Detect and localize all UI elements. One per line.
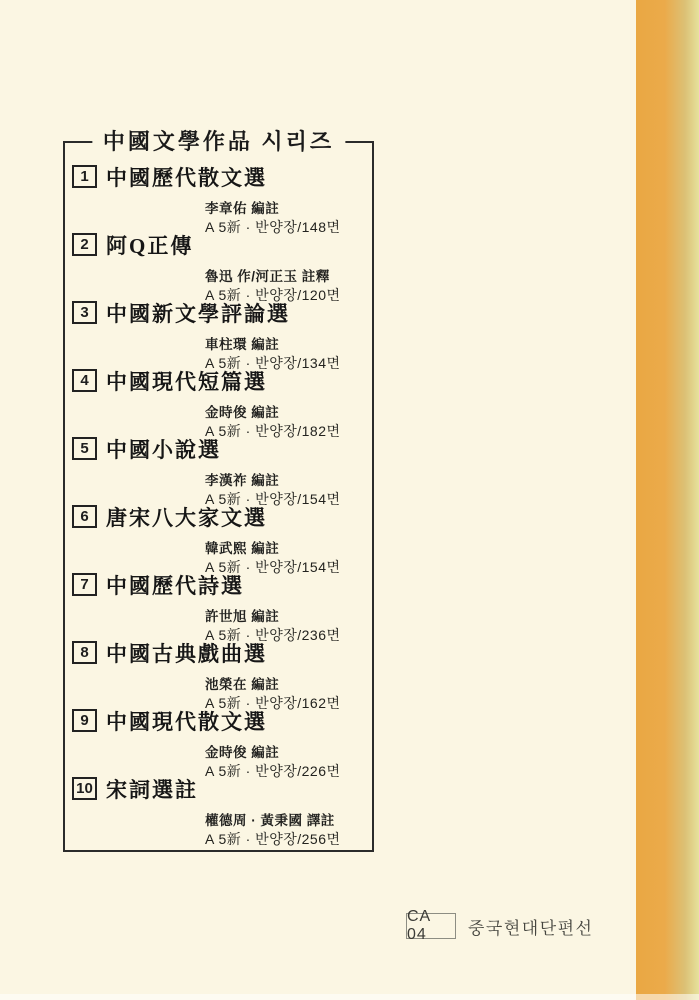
book-title-row: 1 中國歷代散文選 [72,164,364,189]
item-number-badge: 4 [72,369,97,392]
list-item: 10 宋詞選註 權德周 · 黃秉國 譯註 A 5新 · 반양장/256면 [72,776,364,844]
spine-color-stripe [636,0,699,1000]
list-item: 1 中國歷代散文選 李章佑 編註 A 5新 · 반양장/148면 [72,164,364,232]
catalog-label: 중국현대단편선 [468,914,593,939]
series-title: 中國文學作品 시리즈 [92,128,345,156]
book-author: 李漢祚 編註 [205,472,364,490]
book-back-cover: 中國文學作品 시리즈 1 中國歷代散文選 李章佑 編註 A 5新 · 반양장/1… [0,0,699,1000]
item-number-badge: 7 [72,573,97,596]
book-author: 金時俊 編註 [205,744,364,762]
list-item: 5 中國小說選 李漢祚 編註 A 5新 · 반양장/154면 [72,436,364,504]
item-number-badge: 8 [72,641,97,664]
book-author: 金時俊 編註 [205,404,364,422]
list-item: 4 中國現代短篇選 金時俊 編註 A 5新 · 반양장/182면 [72,368,364,436]
list-item: 6 唐宋八大家文選 韓武熙 編註 A 5新 · 반양장/154면 [72,504,364,572]
book-author: 車柱環 編註 [205,336,364,354]
book-author: 權德周 · 黃秉國 譯註 [205,812,364,830]
book-format-pages: A 5新 · 반양장/256면 [205,830,364,849]
book-title: 中國小說選 [106,434,221,464]
book-details: 金時俊 編註 A 5新 · 반양장/226면 [205,744,364,781]
book-title: 中國新文學評論選 [106,298,290,328]
page-bottom-edge [0,994,699,1000]
book-author: 池榮在 編註 [205,676,364,694]
book-author: 李章佑 編註 [205,200,364,218]
book-format-pages: A 5新 · 반양장/226면 [205,762,364,781]
book-title: 阿Q正傳 [106,230,193,260]
series-item-list: 1 中國歷代散文選 李章佑 編註 A 5新 · 반양장/148면 2 阿Q正傳 … [65,143,372,844]
list-item: 7 中國歷代詩選 許世旭 編註 A 5新 · 반양장/236면 [72,572,364,640]
item-number-badge: 6 [72,505,97,528]
book-author: 韓武熙 編註 [205,540,364,558]
item-number-badge: 1 [72,165,97,188]
list-item: 2 阿Q正傳 魯迅 作/河正玉 註釋 A 5新 · 반양장/120면 [72,232,364,300]
book-format-pages: A 5新 · 반양장/182면 [205,422,364,441]
book-details: 金時俊 編註 A 5新 · 반양장/182면 [205,404,364,441]
book-title: 中國歷代詩選 [106,570,244,600]
book-title: 唐宋八大家文選 [106,502,267,532]
list-item: 9 中國現代散文選 金時俊 編註 A 5新 · 반양장/226면 [72,708,364,776]
book-title: 中國現代散文選 [106,706,267,736]
list-item: 3 中國新文學評論選 車柱環 編註 A 5新 · 반양장/134면 [72,300,364,368]
book-format-pages: A 5新 · 반양장/148면 [205,218,364,237]
item-number-badge: 5 [72,437,97,460]
list-item: 8 中國古典戲曲選 池榮在 編註 A 5新 · 반양장/162면 [72,640,364,708]
catalog-code-box: CA 04 [406,913,456,939]
item-number-badge: 10 [72,777,97,800]
catalog-footer: CA 04 중국현대단편선 [406,913,593,939]
book-title: 中國古典戲曲選 [106,638,267,668]
book-author: 魯迅 作/河正玉 註釋 [205,268,364,286]
item-number-badge: 9 [72,709,97,732]
book-details: 權德周 · 黃秉國 譯註 A 5新 · 반양장/256면 [205,812,364,849]
item-number-badge: 2 [72,233,97,256]
book-title: 宋詞選註 [106,774,198,804]
item-number-badge: 3 [72,301,97,324]
book-title: 中國現代短篇選 [106,366,267,396]
series-list-box: 中國文學作品 시리즈 1 中國歷代散文選 李章佑 編註 A 5新 · 반양장/1… [63,141,374,852]
book-author: 許世旭 編註 [205,608,364,626]
book-details: 李章佑 編註 A 5新 · 반양장/148면 [205,200,364,237]
book-title: 中國歷代散文選 [106,162,267,192]
